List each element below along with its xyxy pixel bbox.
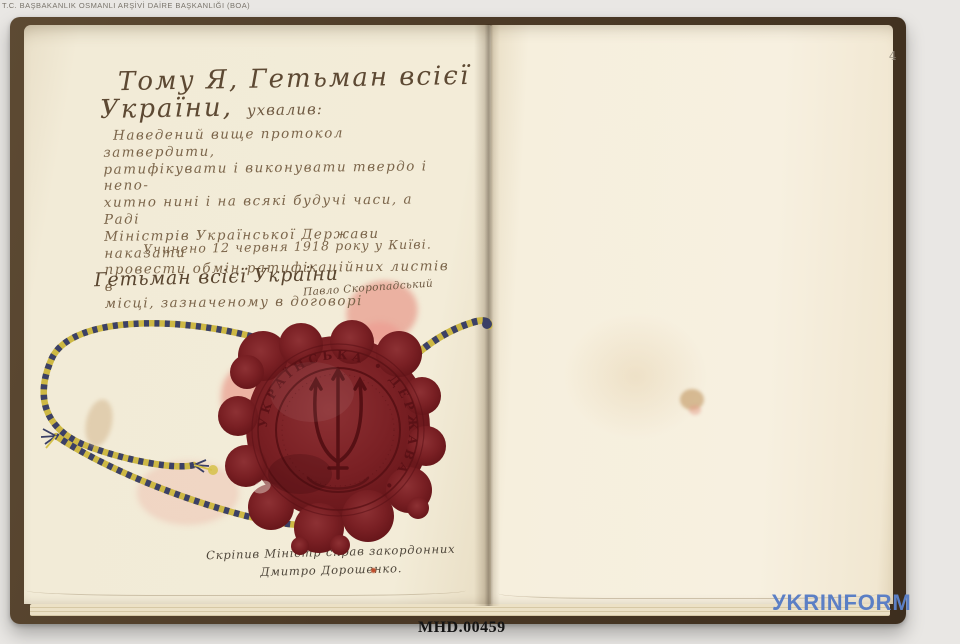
page-stack-edge xyxy=(30,604,890,616)
pink-wax-stain xyxy=(358,322,402,354)
manuscript-line: хитно нині і на всякі будучі часи, а Рад… xyxy=(104,191,452,228)
archive-header-text: T.C. BAŞBAKANLIK OSMANLI ARŞİVİ DAİRE BA… xyxy=(2,1,250,10)
page-discoloration xyxy=(563,312,708,440)
ukrinform-logo-rest: KRINFORM xyxy=(787,590,912,615)
manuscript-line: ратифікувати і виконувати твердо і непо- xyxy=(103,158,451,195)
ukrinform-logo: УKRINFORM xyxy=(772,590,911,616)
pink-wax-stain xyxy=(221,367,263,427)
photo-stage: T.C. BAŞBAKANLIK OSMANLI ARŞİVİ DAİRE BA… xyxy=(0,0,960,644)
page-number: 4 xyxy=(889,49,897,63)
left-page-bottom-edge xyxy=(26,585,466,596)
catalog-number: MHD.00459 xyxy=(418,619,506,637)
ink-dot xyxy=(371,568,376,573)
pink-wax-stain xyxy=(137,461,239,525)
ukrinform-logo-initial: У xyxy=(772,590,787,615)
manuscript-headline-2: України,ухвалив: xyxy=(100,91,323,125)
right-page xyxy=(491,25,893,604)
manuscript-line: Наведений вище протокол затвердити, xyxy=(103,124,451,161)
book-gutter xyxy=(474,24,500,606)
headline-suffix: ухвалив: xyxy=(247,100,323,119)
foxing-spot xyxy=(689,405,701,415)
headline-word: України, xyxy=(100,93,233,125)
